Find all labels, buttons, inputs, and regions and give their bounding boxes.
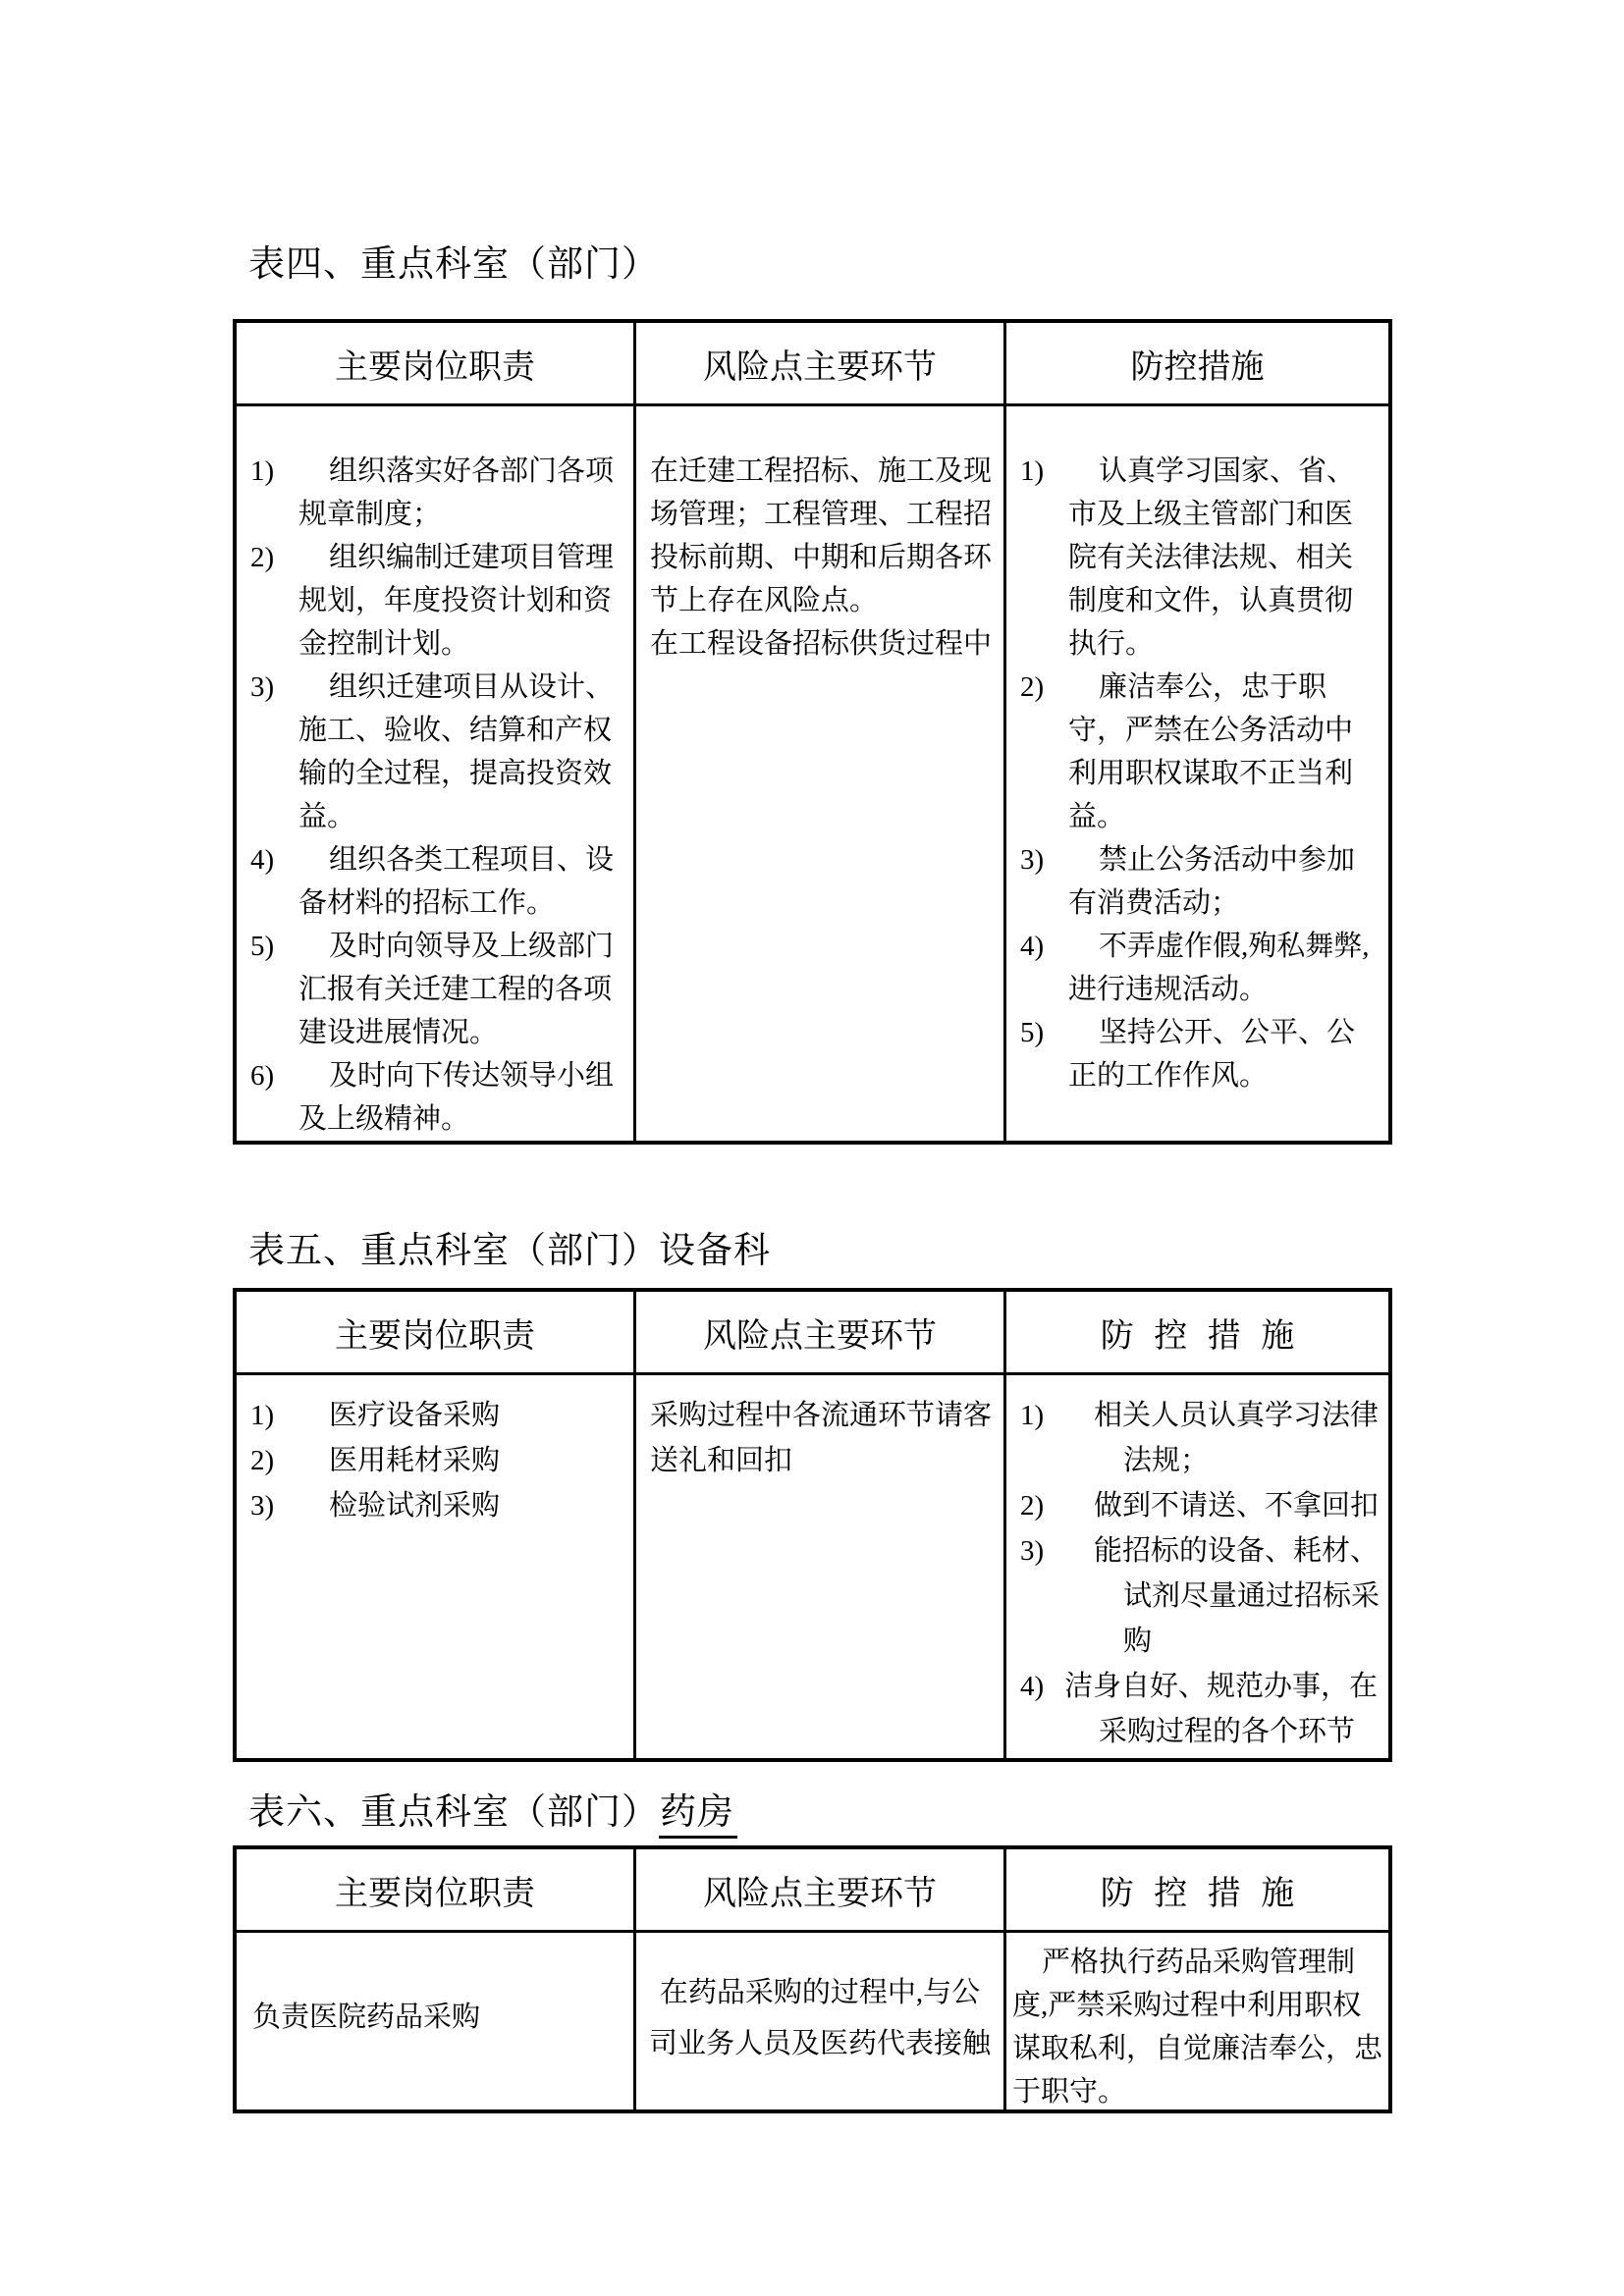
list-item: 2)医用耗材采购 [250,1438,625,1483]
list-item: 2)做到不请送、不拿回扣 [1020,1483,1380,1528]
item-text: 能招标的设备、耗材、试剂尽量通过招标采购 [1094,1535,1380,1657]
document-page: 表四、重点科室（部门） 主要岗位职责 风险点主要环节 防控措施 1)组织落实好各… [0,0,1624,2296]
item-number: 1) [250,450,329,493]
item-number: 3) [250,1483,329,1528]
table4-duties-cell: 1)组织落实好各部门各项规章制度； 2)组织编制迁建项目管理规划，年度投资计划和… [237,406,636,1141]
table6: 主要岗位职责 风险点主要环节 防 控 措 施 负责医院药品采购 在药品采购的过程… [233,1845,1392,2113]
item-text: 组织落实好各部门各项规章制度； [298,455,614,530]
list-item: 3)组织迁建项目从设计、施工、验收、结算和产权输的全过程，提高投资效益。 [250,666,623,838]
item-text: 相关人员认真学习法律法规； [1094,1400,1379,1476]
item-text: 不弄虚作假,殉私舞弊,进行违规活动。 [1068,931,1370,1005]
paragraph: 在迁建工程招标、施工及现场管理；工程管理、工程招投标前期、中期和后期各环节上存在… [650,450,994,622]
item-text: 坚持公开、公平、公正的工作作风。 [1068,1017,1355,1092]
table6-header-measures: 防 控 措 施 [1006,1849,1388,1933]
list-item: 5)坚持公开、公平、公正的工作作风。 [1020,1011,1379,1097]
item-number: 5) [1020,1011,1099,1054]
paragraph: 在药品采购的过程中,与公司业务人员及医药代表接触 [646,1967,994,2069]
list-item: 5)及时向领导及上级部门汇报有关迁建工程的各项建设进展情况。 [250,925,623,1054]
list-item: 1)医疗设备采购 [250,1393,625,1438]
table5-title: 表五、重点科室（部门）设备科 [248,1220,771,1273]
item-number: 2) [250,1438,329,1483]
table4-header-risks: 风险点主要环节 [636,323,1006,406]
table6-title-text: 表六、重点科室（部门） [248,1792,659,1833]
item-number: 5) [250,925,329,968]
table4-title: 表四、重点科室（部门） [248,234,659,287]
list-item: 1)组织落实好各部门各项规章制度； [250,450,623,536]
item-text: 及时向下传达领导小组及上级精神。 [298,1060,614,1135]
table4: 主要岗位职责 风险点主要环节 防控措施 1)组织落实好各部门各项规章制度； 2)… [233,319,1392,1145]
paragraph: 采购过程中各流通环节请客送礼和回扣 [650,1393,996,1483]
table5-header-duties: 主要岗位职责 [237,1292,636,1375]
table4-risks-cell: 在迁建工程招标、施工及现场管理；工程管理、工程招投标前期、中期和后期各环节上存在… [636,406,1006,1141]
paragraph: 负责医院药品采购 [252,1996,480,2039]
table6-department-underlined: 药房 [659,1792,737,1839]
item-number: 2) [1020,666,1099,709]
list-item: 3)检验试剂采购 [250,1483,625,1528]
item-number: 2) [250,536,329,579]
item-text: 医疗设备采购 [329,1400,500,1431]
list-item: 2)廉洁奉公，忠于职守，严禁在公务活动中利用职权谋取不正当利益。 [1020,666,1379,838]
table5-measures-cell: 1)相关人员认真学习法律法规； 2)做到不请送、不拿回扣 3)能招标的设备、耗材… [1006,1375,1388,1758]
item-text: 检验试剂采购 [329,1490,500,1522]
table5: 主要岗位职责 风险点主要环节 防 控 措 施 1)医疗设备采购 2)医用耗材采购… [233,1288,1392,1762]
item-text: 认真学习国家、省、市及上级主管部门和医院有关法律法规、相关制度和文件，认真贯彻执… [1068,455,1355,660]
list-item: 2)组织编制迁建项目管理规划，年度投资计划和资金控制计划。 [250,536,623,666]
list-item: 1)相关人员认真学习法律法规； [1020,1393,1380,1483]
item-text: 组织编制迁建项目管理规划，年度投资计划和资金控制计划。 [298,542,614,660]
item-number: 2) [1020,1483,1094,1528]
table6-measures-cell: 严格执行药品采购管理制度,严禁采购过程中利用职权谋取私利，自觉廉洁奉公，忠于职守… [1006,1933,1388,2109]
item-number: 3) [250,666,329,709]
item-text: 禁止公务活动中参加有消费活动； [1068,844,1355,919]
item-text: 组织各类工程项目、设备材料的招标工作。 [298,844,614,919]
item-number: 3) [1020,838,1099,881]
table6-header-risks: 风险点主要环节 [636,1849,1006,1933]
item-number: 3) [1020,1528,1094,1574]
list-item: 6)及时向下传达领导小组及上级精神。 [250,1054,623,1141]
table5-header-measures: 防 控 措 施 [1006,1292,1388,1375]
table6-header-duties: 主要岗位职责 [237,1849,636,1933]
list-item: 4)组织各类工程项目、设备材料的招标工作。 [250,838,623,925]
paragraph: 严格执行药品采购管理制度,严禁采购过程中利用职权谋取私利，自觉廉洁奉公，忠于职守… [1012,1941,1382,2109]
list-item: 4)洁身自好、规范办事，在采购过程的各个环节公开透明、接受监督。 [1020,1664,1380,1758]
item-number: 4) [1020,1664,1064,1709]
item-text: 医用耗材采购 [329,1445,500,1476]
table6-duties-cell: 负责医院药品采购 [237,1933,636,2109]
table6-title: 表六、重点科室（部门）药房 [248,1782,737,1835]
list-item: 4)不弄虚作假,殉私舞弊,进行违规活动。 [1020,925,1379,1011]
table4-measures-cell: 1)认真学习国家、省、市及上级主管部门和医院有关法律法规、相关制度和文件，认真贯… [1006,406,1388,1141]
paragraph: 在工程设备招标供货过程中 [650,622,994,666]
list-item: 3)能招标的设备、耗材、试剂尽量通过招标采购 [1020,1528,1380,1664]
table5-risks-cell: 采购过程中各流通环节请客送礼和回扣 [636,1375,1006,1758]
table4-header-measures: 防控措施 [1006,323,1388,406]
item-number: 1) [250,1393,329,1438]
table5-header-risks: 风险点主要环节 [636,1292,1006,1375]
item-text: 做到不请送、不拿回扣 [1094,1490,1379,1522]
list-item: 1)认真学习国家、省、市及上级主管部门和医院有关法律法规、相关制度和文件，认真贯… [1020,450,1379,666]
list-item: 3)禁止公务活动中参加有消费活动； [1020,838,1379,925]
item-number: 1) [1020,1393,1094,1438]
item-text: 及时向领导及上级部门汇报有关迁建工程的各项建设进展情况。 [298,931,614,1048]
table5-duties-cell: 1)医疗设备采购 2)医用耗材采购 3)检验试剂采购 [237,1375,636,1758]
table6-risks-cell: 在药品采购的过程中,与公司业务人员及医药代表接触 [636,1933,1006,2109]
item-number: 4) [250,838,329,881]
item-text: 洁身自好、规范办事，在采购过程的各个环节公开透明、接受监督。 [1064,1671,1378,1758]
item-number: 6) [250,1054,329,1097]
item-text: 组织迁建项目从设计、施工、验收、结算和产权输的全过程，提高投资效益。 [298,671,614,832]
table4-header-duties: 主要岗位职责 [237,323,636,406]
item-number: 1) [1020,450,1099,493]
item-number: 4) [1020,925,1099,968]
item-text: 廉洁奉公，忠于职守，严禁在公务活动中利用职权谋取不正当利益。 [1068,671,1353,832]
